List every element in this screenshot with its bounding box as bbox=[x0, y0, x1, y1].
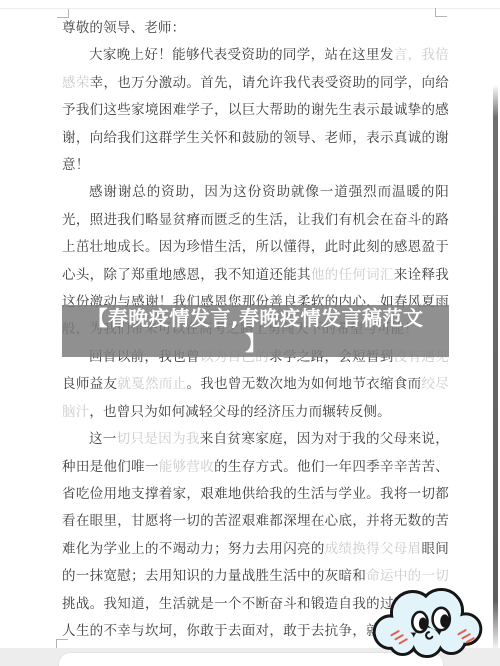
paragraph: 大家晚上好！能够代表受资助的同学，站在这里发言，我倍感荣幸，也万分激动。首先，请… bbox=[62, 42, 449, 179]
cloud-mascot-icon bbox=[360, 581, 494, 661]
salutation-line: 尊敬的领导、老师： bbox=[62, 15, 449, 42]
text-boundary-line bbox=[0, 8, 500, 9]
overlay-title-line2: 】 bbox=[245, 331, 266, 356]
document-photo: 尊敬的领导、老师： 大家晚上好！能够代表受资助的同学，站在这里发言，我倍感荣幸，… bbox=[0, 0, 500, 666]
photo-edge-shadow bbox=[493, 0, 498, 652]
overlay-title-line1: 【春晚疫情发言,春晚疫情发言稿范文 bbox=[87, 306, 423, 331]
title-overlay-banner: 【春晚疫情发言,春晚疫情发言稿范文 】 bbox=[62, 305, 449, 357]
